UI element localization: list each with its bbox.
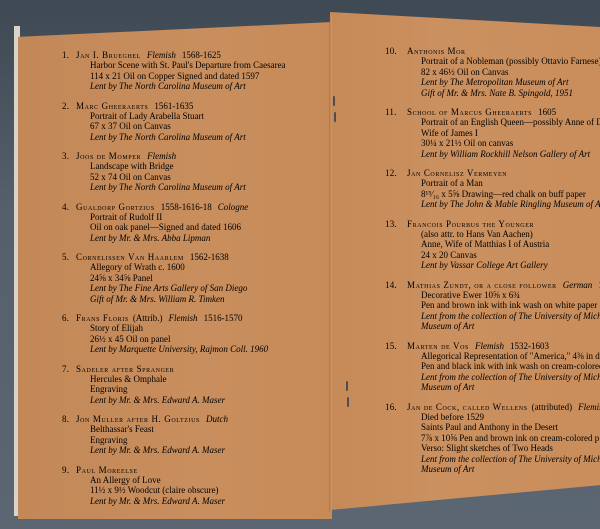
artist-name: Jon Muller after H. Goltzius: [76, 414, 200, 424]
entry-number: 4.: [62, 202, 69, 212]
entry-heading: Gualdorp Gortzius1558-1616-18Cologne: [62, 202, 322, 212]
artist-school: Flemish: [475, 341, 504, 351]
work-detail: An Allergy of Love: [90, 475, 322, 486]
artist-dates: 1605: [538, 107, 556, 117]
entry-heading: Jan Cornelisz Vermeyen: [385, 168, 600, 178]
catalogue-entry: 3.Joos de MomperFlemishLandscape with Br…: [62, 151, 322, 193]
entry-heading: Frans Floris(Attrib.)Flemish1516-1570: [62, 313, 322, 323]
work-detail: Harbor Scene with St. Paul's Departure f…: [90, 60, 322, 71]
entry-heading: Cornelissen Van Haarlem1562-1638: [62, 252, 322, 262]
artist-name: Jan I. Brueghel: [76, 50, 141, 60]
work-detail: 7⅞ x 10⅝ Pen and brown ink on cream-colo…: [421, 433, 600, 444]
catalogue-entry: 7.Sadeler after SprangerHercules & Ompha…: [62, 364, 322, 406]
work-detail: Pen and black ink with ink wash on cream…: [421, 361, 600, 372]
artist-name: Jan de Cock, called Wellens: [407, 402, 528, 412]
staple-icon: [334, 112, 336, 122]
entry-number: 13.: [385, 219, 397, 229]
lender-credit: Museum of Art: [421, 382, 600, 393]
catalogue-entry: 6.Frans Floris(Attrib.)Flemish1516-1570S…: [62, 313, 322, 355]
work-detail: Wife of James I: [421, 128, 600, 139]
entry-number: 12.: [385, 168, 397, 178]
work-detail: Anne, Wife of Matthias I of Austria: [421, 239, 600, 250]
entry-number: 9.: [62, 465, 69, 475]
lender-credit: Lent by Mr. & Mrs. Abba Lipman: [90, 233, 322, 244]
entry-number: 10.: [385, 46, 397, 56]
artist-name: Sadeler after Spranger: [76, 364, 174, 374]
catalogue-entry: 11.School of Marcus Gheeraerts1605Portra…: [385, 107, 600, 159]
catalogue-entry: 2.Marc Gheeraerts1561-1635Portrait of La…: [62, 101, 322, 143]
catalogue-entry: 15.Marten de VosFlemish1532-1603Allegori…: [385, 341, 600, 393]
entry-heading: Marc Gheeraerts1561-1635: [62, 101, 322, 111]
work-detail: Saints Paul and Anthony in the Desert: [421, 422, 600, 433]
lender-credit: Lent by The Fine Arts Gallery of San Die…: [90, 283, 322, 294]
lender-credit: Lent by William Rockhill Nelson Gallery …: [421, 149, 600, 160]
artist-school: Dutch: [206, 414, 228, 424]
staple-icon: [347, 397, 349, 407]
lender-credit: Lent from the collection of The Universi…: [421, 454, 600, 465]
artist-name: Marc Gheeraerts: [76, 101, 148, 111]
entry-number: 6.: [62, 313, 69, 323]
artist-name: School of Marcus Gheeraerts: [407, 107, 532, 117]
entry-heading: Sadeler after Spranger: [62, 364, 322, 374]
artist-name: Jan Cornelisz Vermeyen: [407, 168, 507, 178]
entry-heading: Paul Moreelse: [62, 465, 322, 475]
artist-name: Anthonis Mor: [407, 46, 466, 56]
catalogue-entry: 1.Jan I. BrueghelFlemish1568-1625Harbor …: [62, 50, 322, 92]
artist-school: Flemish: [147, 50, 176, 60]
lender-credit: Museum of Art: [421, 321, 600, 332]
lender-credit: Lent from the collection of The Universi…: [421, 311, 600, 322]
entry-heading: Jon Muller after H. GoltziusDutch: [62, 414, 322, 424]
booklet-spread: 1.Jan I. BrueghelFlemish1568-1625Harbor …: [0, 0, 600, 529]
work-detail: Portrait of Lady Arabella Stuart: [90, 111, 322, 122]
artist-name: Frans Floris: [76, 313, 129, 323]
artist-school: German: [563, 280, 593, 290]
work-detail: Engraving: [90, 384, 322, 395]
artist-dates: 1516-1570: [204, 313, 243, 323]
entry-number: 7.: [62, 364, 69, 374]
work-detail: Engraving: [90, 435, 322, 446]
lender-credit: Museum of Art: [421, 464, 600, 475]
lender-credit: Lent from the collection of The Universi…: [421, 372, 600, 383]
lender-credit: Lent by Mr. & Mrs. Edward A. Maser: [90, 395, 322, 406]
artist-name: Francois Pourbus the Younger: [407, 219, 534, 229]
entry-number: 8.: [62, 414, 69, 424]
work-detail: 26½ x 45 Oil on panel: [90, 334, 322, 345]
catalogue-entry: 8.Jon Muller after H. GoltziusDutchBelth…: [62, 414, 322, 456]
catalogue-entry: 12.Jan Cornelisz VermeyenPortrait of a M…: [385, 168, 600, 210]
catalogue-entry: 16.Jan de Cock, called Wellens(attribute…: [385, 402, 600, 475]
artist-name: Mathias Zundt, or a close follower: [407, 280, 557, 290]
artist-attribution: (attributed): [532, 402, 572, 412]
work-detail: Oil on oak panel—Signed and dated 1606: [90, 222, 322, 233]
lender-credit: Lent by Mr. & Mrs. Edward A. Maser: [90, 445, 322, 456]
catalogue-entry: 10.Anthonis MorPortrait of a Nobleman (p…: [385, 46, 600, 98]
entry-number: 1.: [62, 50, 69, 60]
lender-credit: Gift of Mr. & Mrs. William R. Timken: [90, 294, 322, 305]
work-detail: Hercules & Omphale: [90, 374, 322, 385]
artist-school: Cologne: [218, 202, 249, 212]
entry-heading: Anthonis Mor: [385, 46, 600, 56]
artist-name: Gualdorp Gortzius: [76, 202, 155, 212]
work-detail: Story of Elijah: [90, 323, 322, 334]
artist-dates: 1568-1625: [182, 50, 221, 60]
work-detail: 11½ x 9½ Woodcut (claire obscure): [90, 485, 322, 496]
artist-dates: 1561-1635: [154, 101, 193, 111]
work-detail: 24⅝ x 34⅝ Panel: [90, 273, 322, 284]
catalogue-entry: 9.Paul MoreelseAn Allergy of Love11½ x 9…: [62, 465, 322, 507]
artist-dates: 1532-1603: [510, 341, 549, 351]
work-detail: 30¼ x 21½ Oil on canvas: [421, 138, 600, 149]
work-detail: 82 x 46½ Oil on Canvas: [421, 67, 600, 78]
staple-icon: [333, 96, 335, 106]
entry-heading: School of Marcus Gheeraerts1605: [385, 107, 600, 117]
work-detail: 24 x 20 Canvas: [421, 250, 600, 261]
entry-heading: Marten de VosFlemish1532-1603: [385, 341, 600, 351]
work-detail: Died before 1529: [421, 412, 600, 423]
entry-number: 15.: [385, 341, 397, 351]
entry-heading: Mathias Zundt, or a close followerGerman…: [385, 280, 600, 290]
work-detail: 52 x 74 Oil on Canvas: [90, 172, 322, 183]
artist-dates: 1562-1638: [190, 252, 229, 262]
entry-number: 3.: [62, 151, 69, 161]
left-page-catalogue-list: 1.Jan I. BrueghelFlemish1568-1625Harbor …: [62, 50, 322, 515]
catalogue-entry: 5.Cornelissen Van Haarlem1562-1638Allego…: [62, 252, 322, 304]
spine-fold: [329, 16, 332, 512]
work-detail: 114 x 21 Oil on Copper Signed and dated …: [90, 71, 322, 82]
work-detail: Belthassar's Feast: [90, 424, 322, 435]
right-page-catalogue-list: 10.Anthonis MorPortrait of a Nobleman (p…: [385, 46, 600, 484]
work-detail: Portrait of a Man: [421, 178, 600, 189]
lender-credit: Lent by The North Carolina Museum of Art: [90, 81, 322, 92]
lender-credit: Lent by The John & Mable Ringling Museum…: [421, 199, 600, 210]
entry-heading: Francois Pourbus the Younger: [385, 219, 600, 229]
lender-credit: Gift of Mr. & Mrs. Nate B. Spingold, 195…: [421, 88, 600, 99]
lender-credit: Lent by The North Carolina Museum of Art: [90, 182, 322, 193]
lender-credit: Lent by Mr. & Mrs. Edward A. Maser: [90, 496, 322, 507]
work-detail: Portrait of Rudolf II: [90, 212, 322, 223]
work-detail: 67 x 37 Oil on Canvas: [90, 121, 322, 132]
lender-credit: Lent by The Metropolitan Museum of Art: [421, 77, 600, 88]
artist-name: Paul Moreelse: [76, 465, 138, 475]
work-detail: Landscape with Bridge: [90, 161, 322, 172]
artist-school: Flemish: [147, 151, 176, 161]
entry-heading: Joos de MomperFlemish: [62, 151, 322, 161]
work-detail: Allegorical Representation of "America,"…: [421, 351, 600, 362]
work-detail: (also attr. to Hans Van Aachen): [421, 229, 600, 240]
entry-number: 11.: [385, 107, 397, 117]
lender-credit: Lent by The North Carolina Museum of Art: [90, 132, 322, 143]
catalogue-entry: 4.Gualdorp Gortzius1558-1616-18ColognePo…: [62, 202, 322, 244]
lender-credit: Lent by Vassar College Art Gallery: [421, 260, 600, 271]
work-detail: Pen and brown ink with ink wash on white…: [421, 300, 600, 311]
entry-number: 14.: [385, 280, 397, 290]
artist-school: Flemish: [578, 402, 600, 412]
entry-number: 16.: [385, 402, 397, 412]
artist-attribution: (Attrib.): [133, 313, 163, 323]
catalogue-entry: 13.Francois Pourbus the Younger(also att…: [385, 219, 600, 271]
work-detail: Verso: Slight sketches of Two Heads: [421, 443, 600, 454]
work-detail: Portrait of a Nobleman (possibly Ottavio…: [421, 56, 600, 67]
artist-name: Cornelissen Van Haarlem: [76, 252, 184, 262]
catalogue-entry: 14.Mathias Zundt, or a close followerGer…: [385, 280, 600, 332]
work-detail: 8¹⁵⁄₁₆ x 5⅝ Drawing—red chalk on buff pa…: [421, 189, 600, 200]
artist-school: Flemish: [169, 313, 198, 323]
artist-dates: 1558-1616-18: [161, 202, 212, 212]
entry-number: 5.: [62, 252, 69, 262]
artist-name: Marten de Vos: [407, 341, 469, 351]
work-detail: Portrait of an English Queen—possibly An…: [421, 117, 600, 128]
work-detail: Decorative Ewer 10⅝ x 6¾: [421, 290, 600, 301]
staple-icon: [346, 381, 348, 391]
entry-number: 2.: [62, 101, 69, 111]
artist-name: Joos de Momper: [76, 151, 141, 161]
work-detail: Allegory of Wrath c. 1600: [90, 262, 322, 273]
entry-heading: Jan I. BrueghelFlemish1568-1625: [62, 50, 322, 60]
lender-credit: Lent by Marquette University, Rajmon Col…: [90, 344, 322, 355]
entry-heading: Jan de Cock, called Wellens(attributed)F…: [385, 402, 600, 412]
